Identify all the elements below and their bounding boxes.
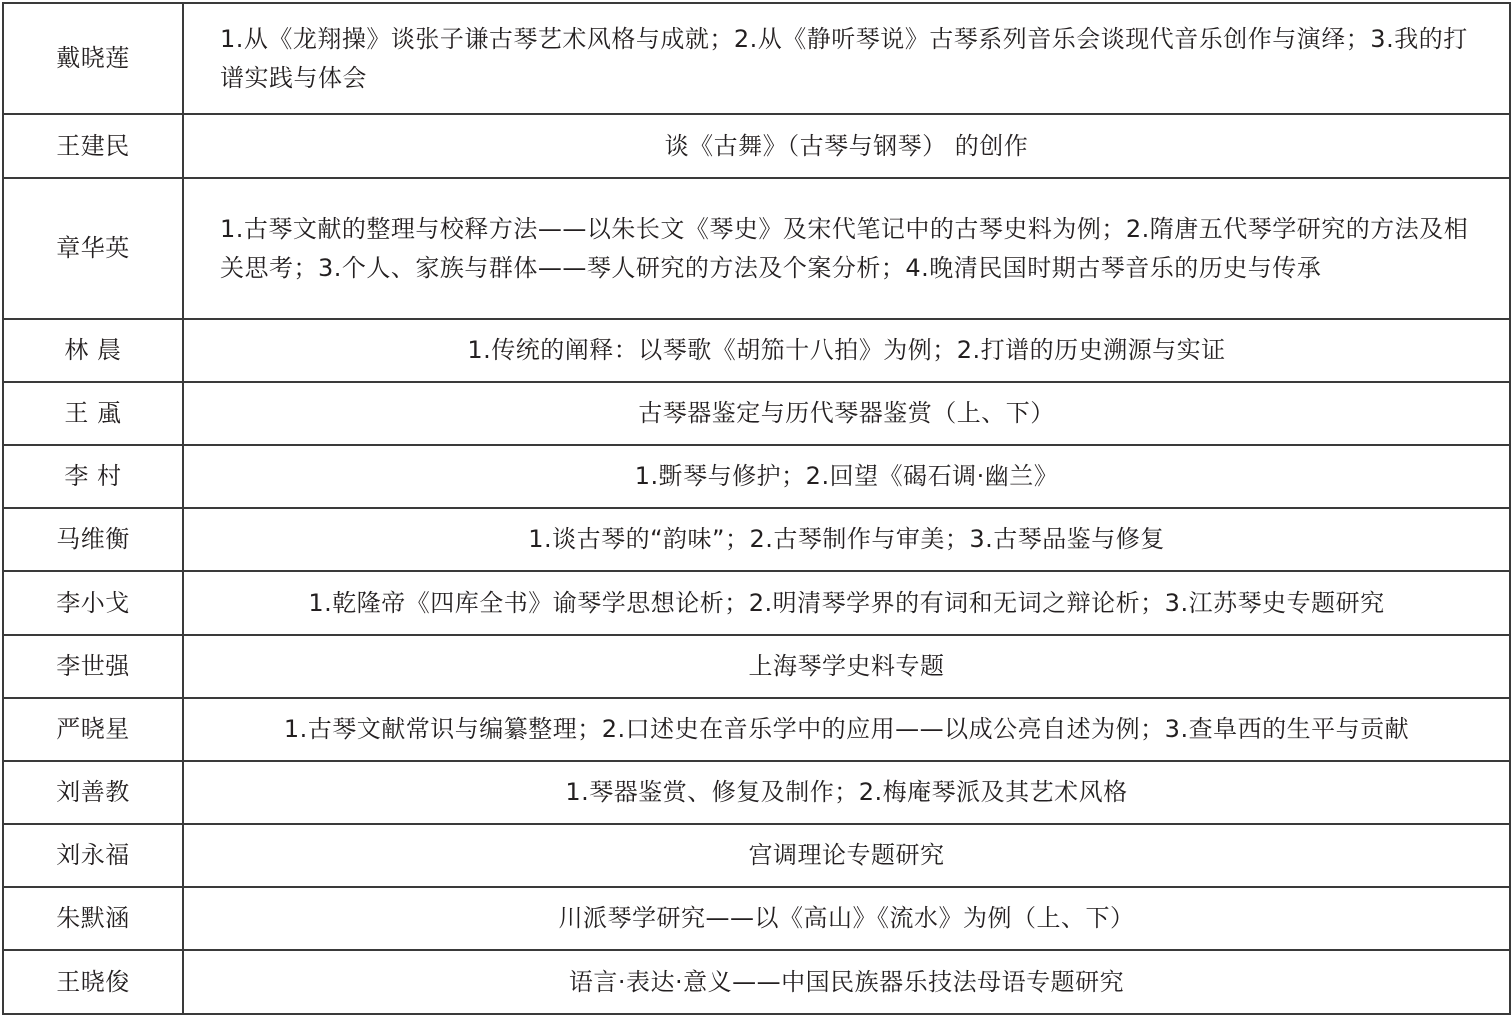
table-row: 严晓星 1.古琴文献常识与编纂整理；2.口述史在音乐学中的应用——以成公亮自述为… bbox=[3, 698, 1510, 761]
lecturer-name: 刘永福 bbox=[3, 824, 183, 887]
table-row: 李 村 1.斲琴与修护；2.回望《碣石调·幽兰》 bbox=[3, 445, 1510, 508]
lecturer-name: 刘善教 bbox=[3, 761, 183, 824]
lecture-topics: 宫调理论专题研究 bbox=[183, 824, 1510, 887]
lecture-topics: 1.古琴文献常识与编纂整理；2.口述史在音乐学中的应用——以成公亮自述为例；3.… bbox=[183, 698, 1510, 761]
lecturer-name: 马维衡 bbox=[3, 508, 183, 571]
lecture-topics: 1.从《龙翔操》谈张子谦古琴艺术风格与成就；2.从《静听琴说》古琴系列音乐会谈现… bbox=[183, 3, 1510, 114]
table-row: 林 晨 1.传统的阐释：以琴歌《胡笳十八拍》为例；2.打谱的历史溯源与实证 bbox=[3, 319, 1510, 382]
lecture-topics: 谈《古舞》（古琴与钢琴） 的创作 bbox=[183, 114, 1510, 178]
table-row: 李世强 上海琴学史料专题 bbox=[3, 635, 1510, 698]
lecturer-name: 章华英 bbox=[3, 178, 183, 319]
lecturer-name: 李世强 bbox=[3, 635, 183, 698]
lecture-topics: 1.古琴文献的整理与校释方法——以朱长文《琴史》及宋代笔记中的古琴史料为例；2.… bbox=[183, 178, 1510, 319]
lecture-topics: 1.乾隆帝《四库全书》谕琴学思想论析；2.明清琴学界的有词和无词之辩论析；3.江… bbox=[183, 571, 1510, 635]
lecture-topics: 1.琴器鉴赏、修复及制作；2.梅庵琴派及其艺术风格 bbox=[183, 761, 1510, 824]
lecturer-name: 朱默涵 bbox=[3, 887, 183, 950]
lecturer-topics-table: 戴晓莲 1.从《龙翔操》谈张子谦古琴艺术风格与成就；2.从《静听琴说》古琴系列音… bbox=[2, 2, 1511, 1015]
lecturer-name: 李 村 bbox=[3, 445, 183, 508]
table-row: 王晓俊 语言·表达·意义——中国民族器乐技法母语专题研究 bbox=[3, 950, 1510, 1014]
lecture-topics: 1.斲琴与修护；2.回望《碣石调·幽兰》 bbox=[183, 445, 1510, 508]
lecturer-name: 李小戈 bbox=[3, 571, 183, 635]
table-row: 刘永福 宫调理论专题研究 bbox=[3, 824, 1510, 887]
table-row: 章华英 1.古琴文献的整理与校释方法——以朱长文《琴史》及宋代笔记中的古琴史料为… bbox=[3, 178, 1510, 319]
lecturer-name: 王 颪 bbox=[3, 382, 183, 445]
lecturer-name: 严晓星 bbox=[3, 698, 183, 761]
table-row: 王 颪 古琴器鉴定与历代琴器鉴赏（上、下） bbox=[3, 382, 1510, 445]
table-row: 李小戈 1.乾隆帝《四库全书》谕琴学思想论析；2.明清琴学界的有词和无词之辩论析… bbox=[3, 571, 1510, 635]
lecturer-name: 王建民 bbox=[3, 114, 183, 178]
table-row: 戴晓莲 1.从《龙翔操》谈张子谦古琴艺术风格与成就；2.从《静听琴说》古琴系列音… bbox=[3, 3, 1510, 114]
lecture-topics: 上海琴学史料专题 bbox=[183, 635, 1510, 698]
table-row: 马维衡 1.谈古琴的“韵味”；2.古琴制作与审美；3.古琴品鉴与修复 bbox=[3, 508, 1510, 571]
lecture-topics: 1.谈古琴的“韵味”；2.古琴制作与审美；3.古琴品鉴与修复 bbox=[183, 508, 1510, 571]
lecturer-name: 戴晓莲 bbox=[3, 3, 183, 114]
lecturer-name: 王晓俊 bbox=[3, 950, 183, 1014]
lecture-topics: 语言·表达·意义——中国民族器乐技法母语专题研究 bbox=[183, 950, 1510, 1014]
lecture-topics: 1.传统的阐释：以琴歌《胡笳十八拍》为例；2.打谱的历史溯源与实证 bbox=[183, 319, 1510, 382]
table-row: 刘善教 1.琴器鉴赏、修复及制作；2.梅庵琴派及其艺术风格 bbox=[3, 761, 1510, 824]
lecture-topics: 川派琴学研究——以《高山》《流水》为例（上、下） bbox=[183, 887, 1510, 950]
table-row: 王建民 谈《古舞》（古琴与钢琴） 的创作 bbox=[3, 114, 1510, 178]
table-row: 朱默涵 川派琴学研究——以《高山》《流水》为例（上、下） bbox=[3, 887, 1510, 950]
lecture-topics: 古琴器鉴定与历代琴器鉴赏（上、下） bbox=[183, 382, 1510, 445]
lecturer-name: 林 晨 bbox=[3, 319, 183, 382]
